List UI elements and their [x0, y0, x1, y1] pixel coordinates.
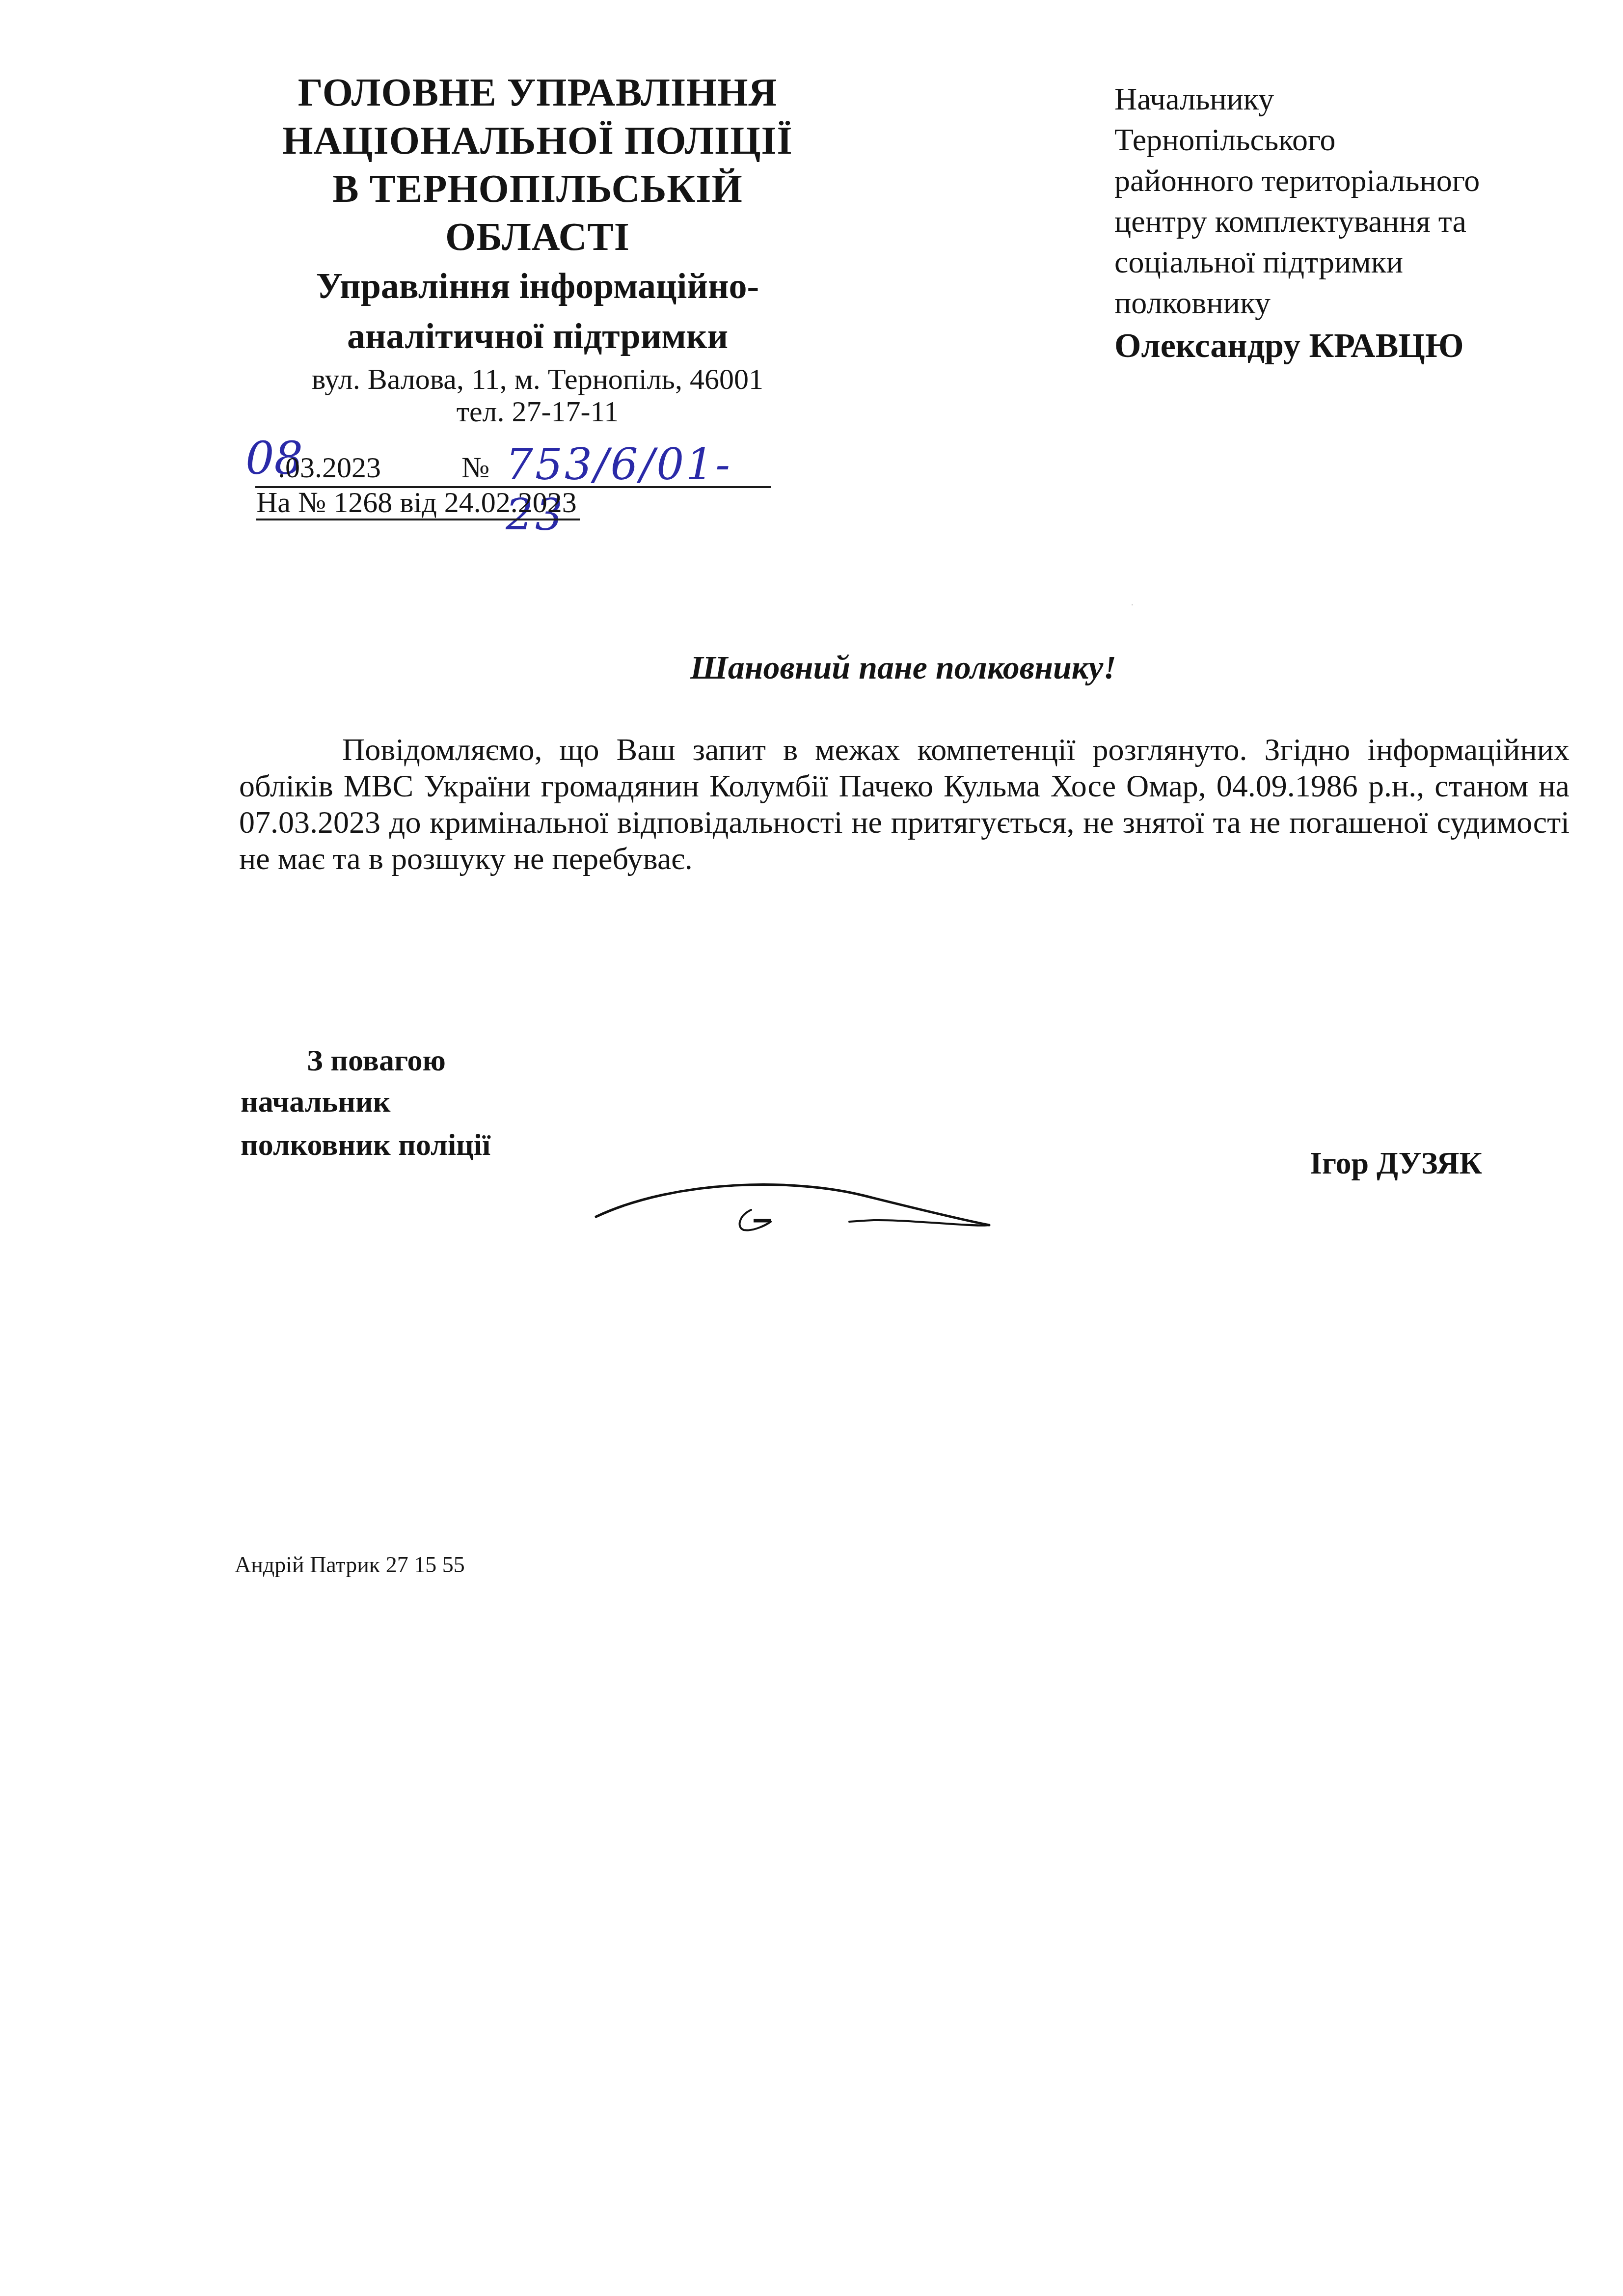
org-name-line: ОБЛАСТІ: [236, 213, 839, 261]
addressee-line: центру комплектування та: [1114, 201, 1605, 242]
closing-block: З повагою начальник полковник поліції: [241, 1041, 490, 1167]
department-name-line: аналітичної підтримки: [236, 311, 839, 361]
handwritten-signature: [589, 1149, 1203, 1247]
org-name-line: НАЦІОНАЛЬНОЇ ПОЛІЦІЇ: [236, 117, 839, 165]
signer-position: начальник: [241, 1080, 490, 1123]
addressee-line: районного територіального: [1114, 160, 1605, 201]
org-address: вул. Валова, 11, м. Тернопіль, 46001: [236, 361, 839, 397]
scan-speck: [1132, 604, 1133, 605]
addressee-line: Начальнику: [1114, 79, 1605, 119]
closing-respect: З повагою: [241, 1041, 490, 1080]
addressee-line: полковнику: [1114, 282, 1605, 323]
letterhead: ГОЛОВНЕ УПРАВЛІННЯ НАЦІОНАЛЬНОЇ ПОЛІЦІЇ …: [236, 69, 839, 426]
signer-rank: полковник поліції: [241, 1123, 490, 1167]
executor-contact: Андрій Патрик 27 15 55: [235, 1552, 465, 1578]
addressee-block: Начальнику Тернопільського районного тер…: [1114, 79, 1605, 368]
department-name-line: Управління інформаційно-: [236, 261, 839, 311]
reply-reference: На № 1268 від 24.02.2023: [256, 486, 580, 520]
org-name-line: ГОЛОВНЕ УПРАВЛІННЯ: [236, 69, 839, 117]
org-name-line: В ТЕРНОПІЛЬСЬКІЙ: [236, 165, 839, 213]
number-sign: №: [461, 451, 489, 485]
outgoing-registration: 08 .03.2023 № 753/6/01-23: [245, 437, 776, 491]
letter-body: Повідомляємо, що Ваш запит в межах компе…: [239, 732, 1569, 877]
addressee-name: Олександру КРАВЦЮ: [1114, 324, 1605, 368]
signer-name: Ігор ДУЗЯК: [1310, 1145, 1482, 1181]
addressee-line: соціальної підтримки: [1114, 242, 1605, 282]
org-phone: тел. 27-17-11: [236, 397, 839, 426]
outgoing-date: .03.2023: [278, 451, 381, 485]
salutation: Шановний пане полковнику!: [236, 648, 1571, 687]
addressee-line: Тернопільського: [1114, 119, 1605, 160]
